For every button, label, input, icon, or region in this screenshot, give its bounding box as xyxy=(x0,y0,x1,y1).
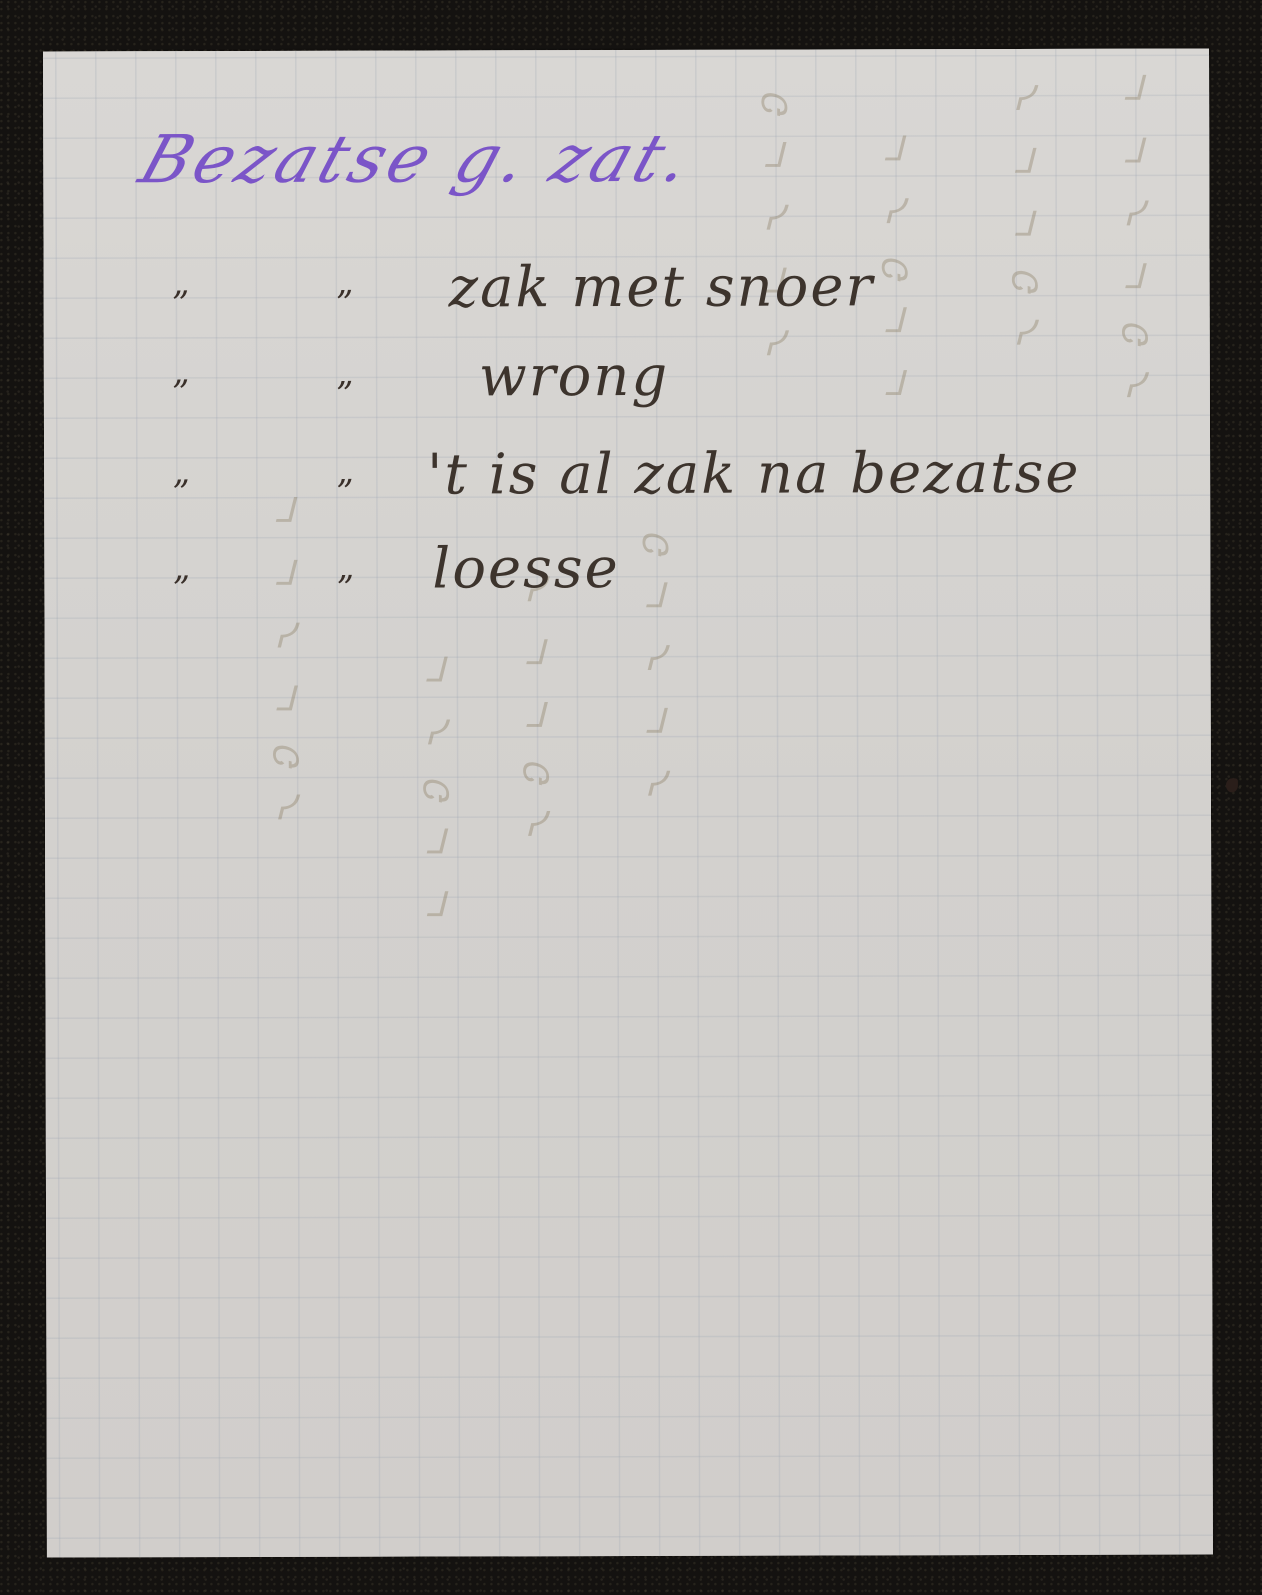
bleed-through-column: Ꮳ ᒧ ᓯ ᒧ ᓯ xyxy=(634,530,676,1250)
note-line: ” ” wrong xyxy=(44,348,1210,431)
note-heading: Bezatse g. zat. xyxy=(131,120,704,198)
note-line: ” ” 't is al zak na bezatse xyxy=(44,448,1210,531)
bleed-through-column: ᓯ ᒧ ᒧ Ꮳ ᓯ xyxy=(514,570,556,1250)
ditto-mark: ” xyxy=(336,569,353,609)
note-line: ” ” zak met snoer xyxy=(44,253,1210,336)
ditto-mark: ” xyxy=(172,473,189,513)
ditto-mark: ” xyxy=(336,473,353,513)
ditto-mark: ” xyxy=(336,375,353,415)
note-line-text: loesse xyxy=(432,536,620,601)
note-line: ” ” loesse xyxy=(44,548,1210,631)
ditto-mark: ” xyxy=(172,569,189,609)
ditto-mark: ” xyxy=(172,284,189,324)
ditto-mark: ” xyxy=(336,284,353,324)
note-line-text: wrong xyxy=(479,344,670,409)
note-line-text: 't is al zak na bezatse xyxy=(427,441,1081,508)
paper-sheet: Ꮳ ᒧ ᓯ ᒧ ᓯ ᒧ ᓯ Ꮳ ᒧ ᒧ ᓯ ᒧ ᒧ Ꮳ ᓯ ᒧ ᒧ ᓯ ᒧ Ꮳ … xyxy=(43,48,1213,1557)
ditto-mark: ” xyxy=(172,373,189,413)
paper-tear-mark xyxy=(1226,778,1238,792)
note-line-text: zak met snoer xyxy=(449,254,875,320)
bleed-through-column: ᒧ ᓯ Ꮳ ᒧ ᒧ xyxy=(415,650,456,1050)
